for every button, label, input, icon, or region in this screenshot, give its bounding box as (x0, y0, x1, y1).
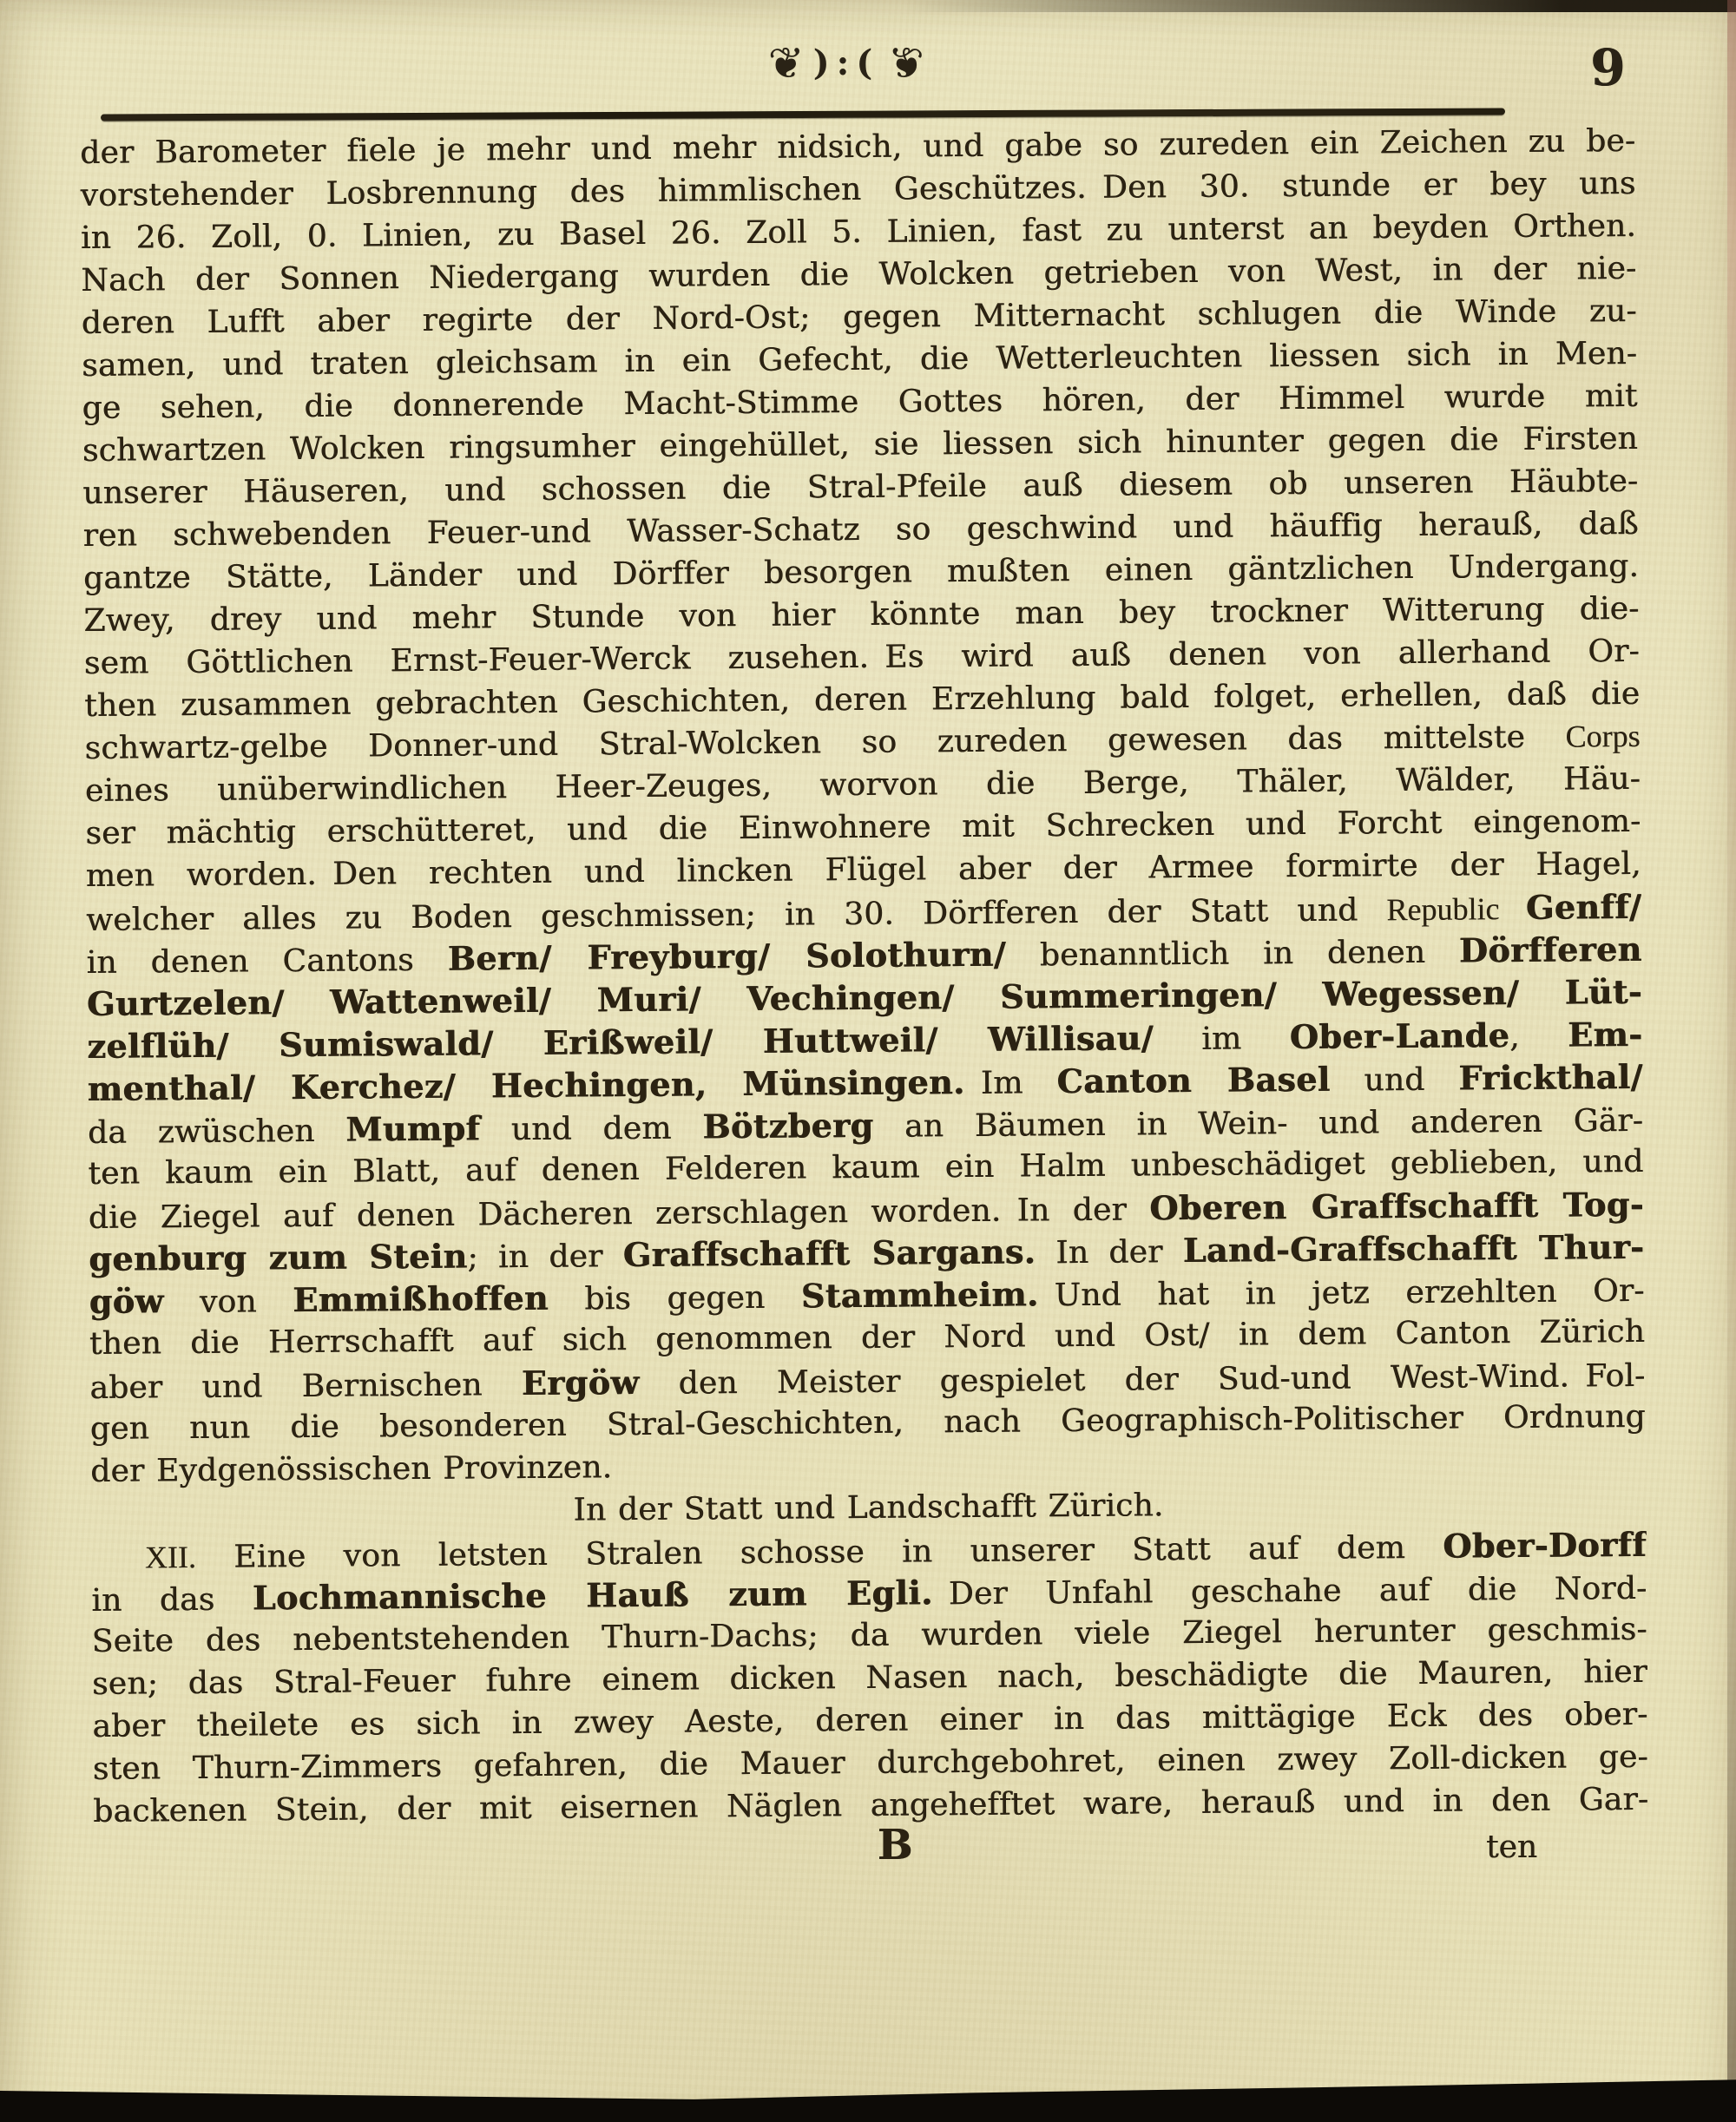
page-number: 9 (1590, 38, 1625, 97)
emphasized-text: Dörfferen (1459, 930, 1642, 970)
fraktur-text: in denen Cantons (86, 943, 447, 981)
fraktur-text: Der Unfahl geschahe auf die Nord- (932, 1571, 1647, 1612)
fraktur-text: und (1330, 1062, 1458, 1099)
scanned-book-page: { "page": { "number": "9", "ornament": {… (0, 0, 1736, 2122)
antiqua-text: Corps (1565, 719, 1640, 754)
fraktur-text: benanntlich in denen (1006, 935, 1459, 974)
fraktur-text: In der Statt und Landschafft Zürich. (573, 1488, 1163, 1527)
fraktur-text: ; in der (467, 1238, 623, 1275)
scan-edge-bottom (0, 2072, 1736, 2122)
emphasized-text: Graffschafft Sargans. (622, 1232, 1036, 1274)
header-ornament: ❦):(❦ (0, 36, 1714, 89)
emphasized-text: Bern/ Freyburg/ Solothurn/ (447, 935, 1006, 978)
fleuron-left-icon: ❦ (768, 37, 805, 89)
fraktur-text: In der (1036, 1234, 1183, 1271)
emphasized-text: Ober-Dorff (1443, 1525, 1647, 1566)
emphasized-text: Mumpf (345, 1108, 480, 1148)
antiqua-text: XII. (145, 1540, 196, 1574)
emphasized-text: Bötzberg (702, 1106, 873, 1146)
emphasized-text: Canton Basel (1056, 1060, 1330, 1100)
emphasized-text: Ober-Lande (1289, 1015, 1509, 1056)
scan-edge-right (1727, 0, 1736, 2122)
fraktur-text: der Eydgenössischen Provinzen. (90, 1449, 612, 1489)
emphasized-text: Em- (1568, 1015, 1643, 1054)
header-rule (101, 108, 1505, 121)
emphasized-text: Emmißhoffen (293, 1278, 549, 1319)
emphasized-text: Stammheim. (801, 1274, 1039, 1315)
fraktur-text: gen nun die besonderen Stral-Geschichten… (90, 1399, 1646, 1447)
fraktur-text: , (1509, 1019, 1568, 1055)
fraktur-text: in das (91, 1581, 253, 1618)
emphasized-text: menthal/ Kerchez/ Hechingen, Münsingen. (87, 1062, 964, 1108)
fraktur-text: da zwüschen (88, 1114, 345, 1151)
text-block: der Barometer fiele je mehr und mehr nid… (80, 120, 1648, 1833)
fraktur-text: im (1154, 1021, 1290, 1057)
antiqua-text: Republic (1386, 891, 1526, 927)
catchword: ten (1486, 1830, 1537, 1865)
emphasized-text: göw (89, 1281, 163, 1321)
emphasized-text: Oberen Graffschafft Tog- (1149, 1185, 1644, 1227)
fraktur-text: Und hat in jetz erzehlten Or- (1038, 1273, 1644, 1313)
emphasized-text: Genff/ (1526, 887, 1642, 927)
ornament-colon-mark: ):( (813, 37, 880, 89)
fraktur-text: und dem (480, 1110, 703, 1147)
scan-edge-top (0, 0, 1736, 12)
fraktur-text: von (163, 1284, 293, 1320)
emphasized-text: genburg zum Stein (89, 1237, 468, 1278)
emphasized-text: Land-Graffschafft Thur- (1183, 1227, 1645, 1270)
fraktur-text: den Meister gespielet der Sud-und West-W… (639, 1358, 1645, 1402)
emphasized-text: Lochmannische Hauß zum Egli. (253, 1573, 933, 1617)
fraktur-text: Im (964, 1065, 1056, 1101)
signature-mark: B (0, 1821, 1736, 1869)
fraktur-text: aber und Bernischen (89, 1367, 522, 1406)
emphasized-text: zelflüh/ Sumiswald/ Erißweil/ Huttweil/ … (87, 1018, 1154, 1066)
emphasized-text: Frickthal/ (1458, 1057, 1643, 1098)
fraktur-text: bis gegen (549, 1280, 801, 1317)
fraktur-text: an Bäumen in Wein- und anderen Gär- (873, 1103, 1643, 1145)
fraktur-text: die Ziegel auf denen Dächeren zerschlage… (89, 1192, 1150, 1236)
emphasized-text: Ergöw (522, 1363, 640, 1403)
fleuron-right-icon: ❦ (888, 37, 924, 89)
